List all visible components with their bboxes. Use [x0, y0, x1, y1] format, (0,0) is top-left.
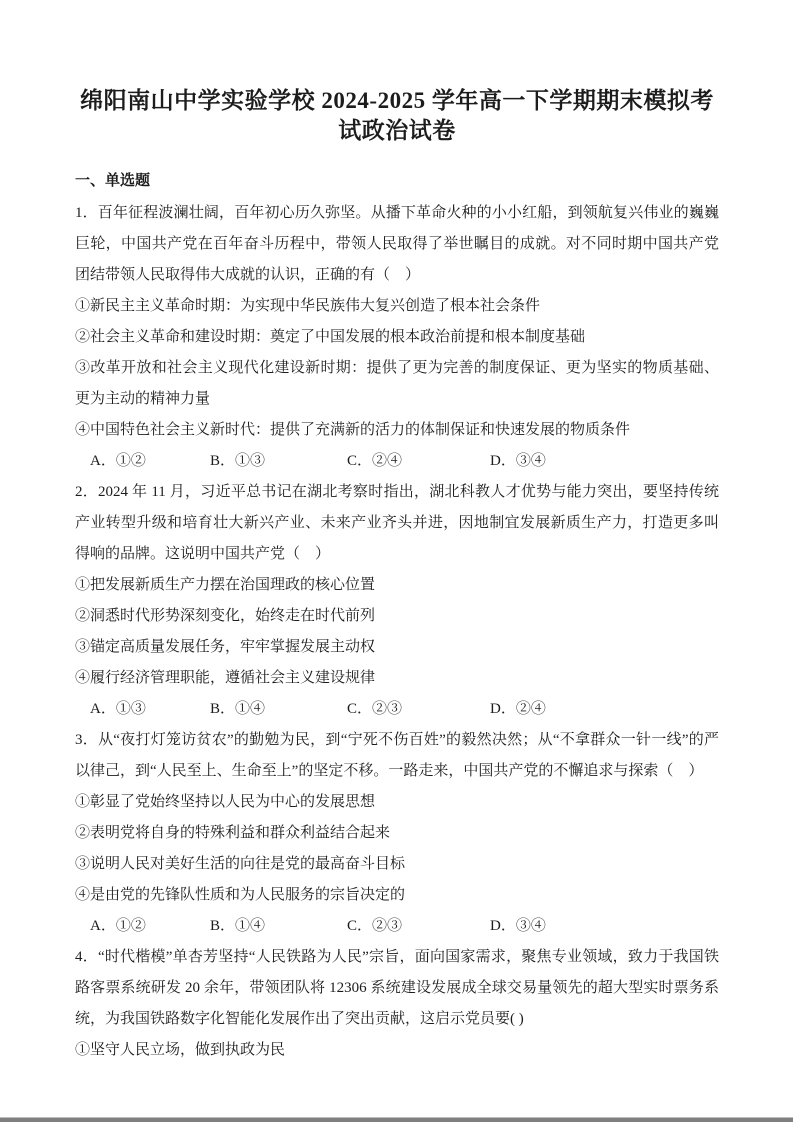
- question-1-item-2: ②社会主义革命和建设时期：奠定了中国发展的根本政治前提和根本制度基础: [75, 322, 719, 353]
- question-4-item-1: ①坚守人民立场，做到执政为民: [75, 1035, 719, 1066]
- question-2-option-a: A．①③: [90, 694, 210, 725]
- question-2-option-c: C．②③: [347, 694, 490, 725]
- question-3-option-c: C．②③: [347, 911, 490, 942]
- question-1-option-c: C．②④: [347, 446, 490, 477]
- section-header: 一、单选题: [75, 166, 719, 196]
- question-2-options-row: A．①③ B．①④ C．②③ D．②④: [75, 694, 719, 725]
- question-2: 2．2024 年 11 月，习近平总书记在湖北考察时指出，湖北科教人才优势与能力…: [75, 477, 719, 725]
- exam-document-page: 绵阳南山中学实验学校 2024-2025 学年高一下学期期末模拟考试政治试卷 一…: [0, 0, 793, 1122]
- question-3: 3．从“夜打灯笼访贫农”的勤勉为民，到“宁死不伤百姓”的毅然决然；从“不拿群众一…: [75, 725, 719, 942]
- question-3-option-d: D．③④: [490, 911, 719, 942]
- question-3-stem: 3．从“夜打灯笼访贫农”的勤勉为民，到“宁死不伤百姓”的毅然决然；从“不拿群众一…: [75, 725, 719, 787]
- question-2-item-2: ②洞悉时代形势深刻变化，始终走在时代前列: [75, 601, 719, 632]
- question-3-option-b: B．①④: [210, 911, 347, 942]
- question-2-item-1: ①把发展新质生产力摆在治国理政的核心位置: [75, 570, 719, 601]
- question-3-item-4: ④是由党的先锋队性质和为人民服务的宗旨决定的: [75, 880, 719, 911]
- question-1-option-d: D．③④: [490, 446, 719, 477]
- question-2-item-4: ④履行经济管理职能，遵循社会主义建设规律: [75, 663, 719, 694]
- question-2-option-b: B．①④: [210, 694, 347, 725]
- question-3-item-3: ③说明人民对美好生活的向往是党的最高奋斗目标: [75, 849, 719, 880]
- question-3-option-a: A．①②: [90, 911, 210, 942]
- question-1-item-1: ①新民主主义革命时期：为实现中华民族伟大复兴创造了根本社会条件: [75, 291, 719, 322]
- question-4-stem: 4．“时代楷模”单杏芳坚持“人民铁路为人民”宗旨，面向国家需求，聚焦专业领域，致…: [75, 942, 719, 1035]
- question-2-stem: 2．2024 年 11 月，习近平总书记在湖北考察时指出，湖北科教人才优势与能力…: [75, 477, 719, 570]
- question-1: 1．百年征程波澜壮阔，百年初心历久弥坚。从播下革命火种的小小红船，到领航复兴伟业…: [75, 198, 719, 477]
- question-2-option-d: D．②④: [490, 694, 719, 725]
- question-3-item-1: ①彰显了党始终坚持以人民为中心的发展思想: [75, 787, 719, 818]
- question-1-item-4: ④中国特色社会主义新时代：提供了充满新的活力的体制保证和快速发展的物质条件: [75, 415, 719, 446]
- question-1-stem: 1．百年征程波澜壮阔，百年初心历久弥坚。从播下革命火种的小小红船，到领航复兴伟业…: [75, 198, 719, 291]
- page-title: 绵阳南山中学实验学校 2024-2025 学年高一下学期期末模拟考试政治试卷: [75, 86, 719, 146]
- question-1-item-3: ③改革开放和社会主义现代化建设新时期：提供了更为完善的制度保证、更为坚实的物质基…: [75, 353, 719, 415]
- question-2-item-3: ③锚定高质量发展任务，牢牢掌握发展主动权: [75, 632, 719, 663]
- question-3-item-2: ②表明党将自身的特殊利益和群众利益结合起来: [75, 818, 719, 849]
- page-bottom-edge: [0, 1117, 793, 1122]
- question-1-option-b: B．①③: [210, 446, 347, 477]
- question-3-options-row: A．①② B．①④ C．②③ D．③④: [75, 911, 719, 942]
- question-1-option-a: A．①②: [90, 446, 210, 477]
- question-1-options-row: A．①② B．①③ C．②④ D．③④: [75, 446, 719, 477]
- document-content: 绵阳南山中学实验学校 2024-2025 学年高一下学期期末模拟考试政治试卷 一…: [0, 0, 793, 1066]
- question-4: 4．“时代楷模”单杏芳坚持“人民铁路为人民”宗旨，面向国家需求，聚焦专业领域，致…: [75, 942, 719, 1066]
